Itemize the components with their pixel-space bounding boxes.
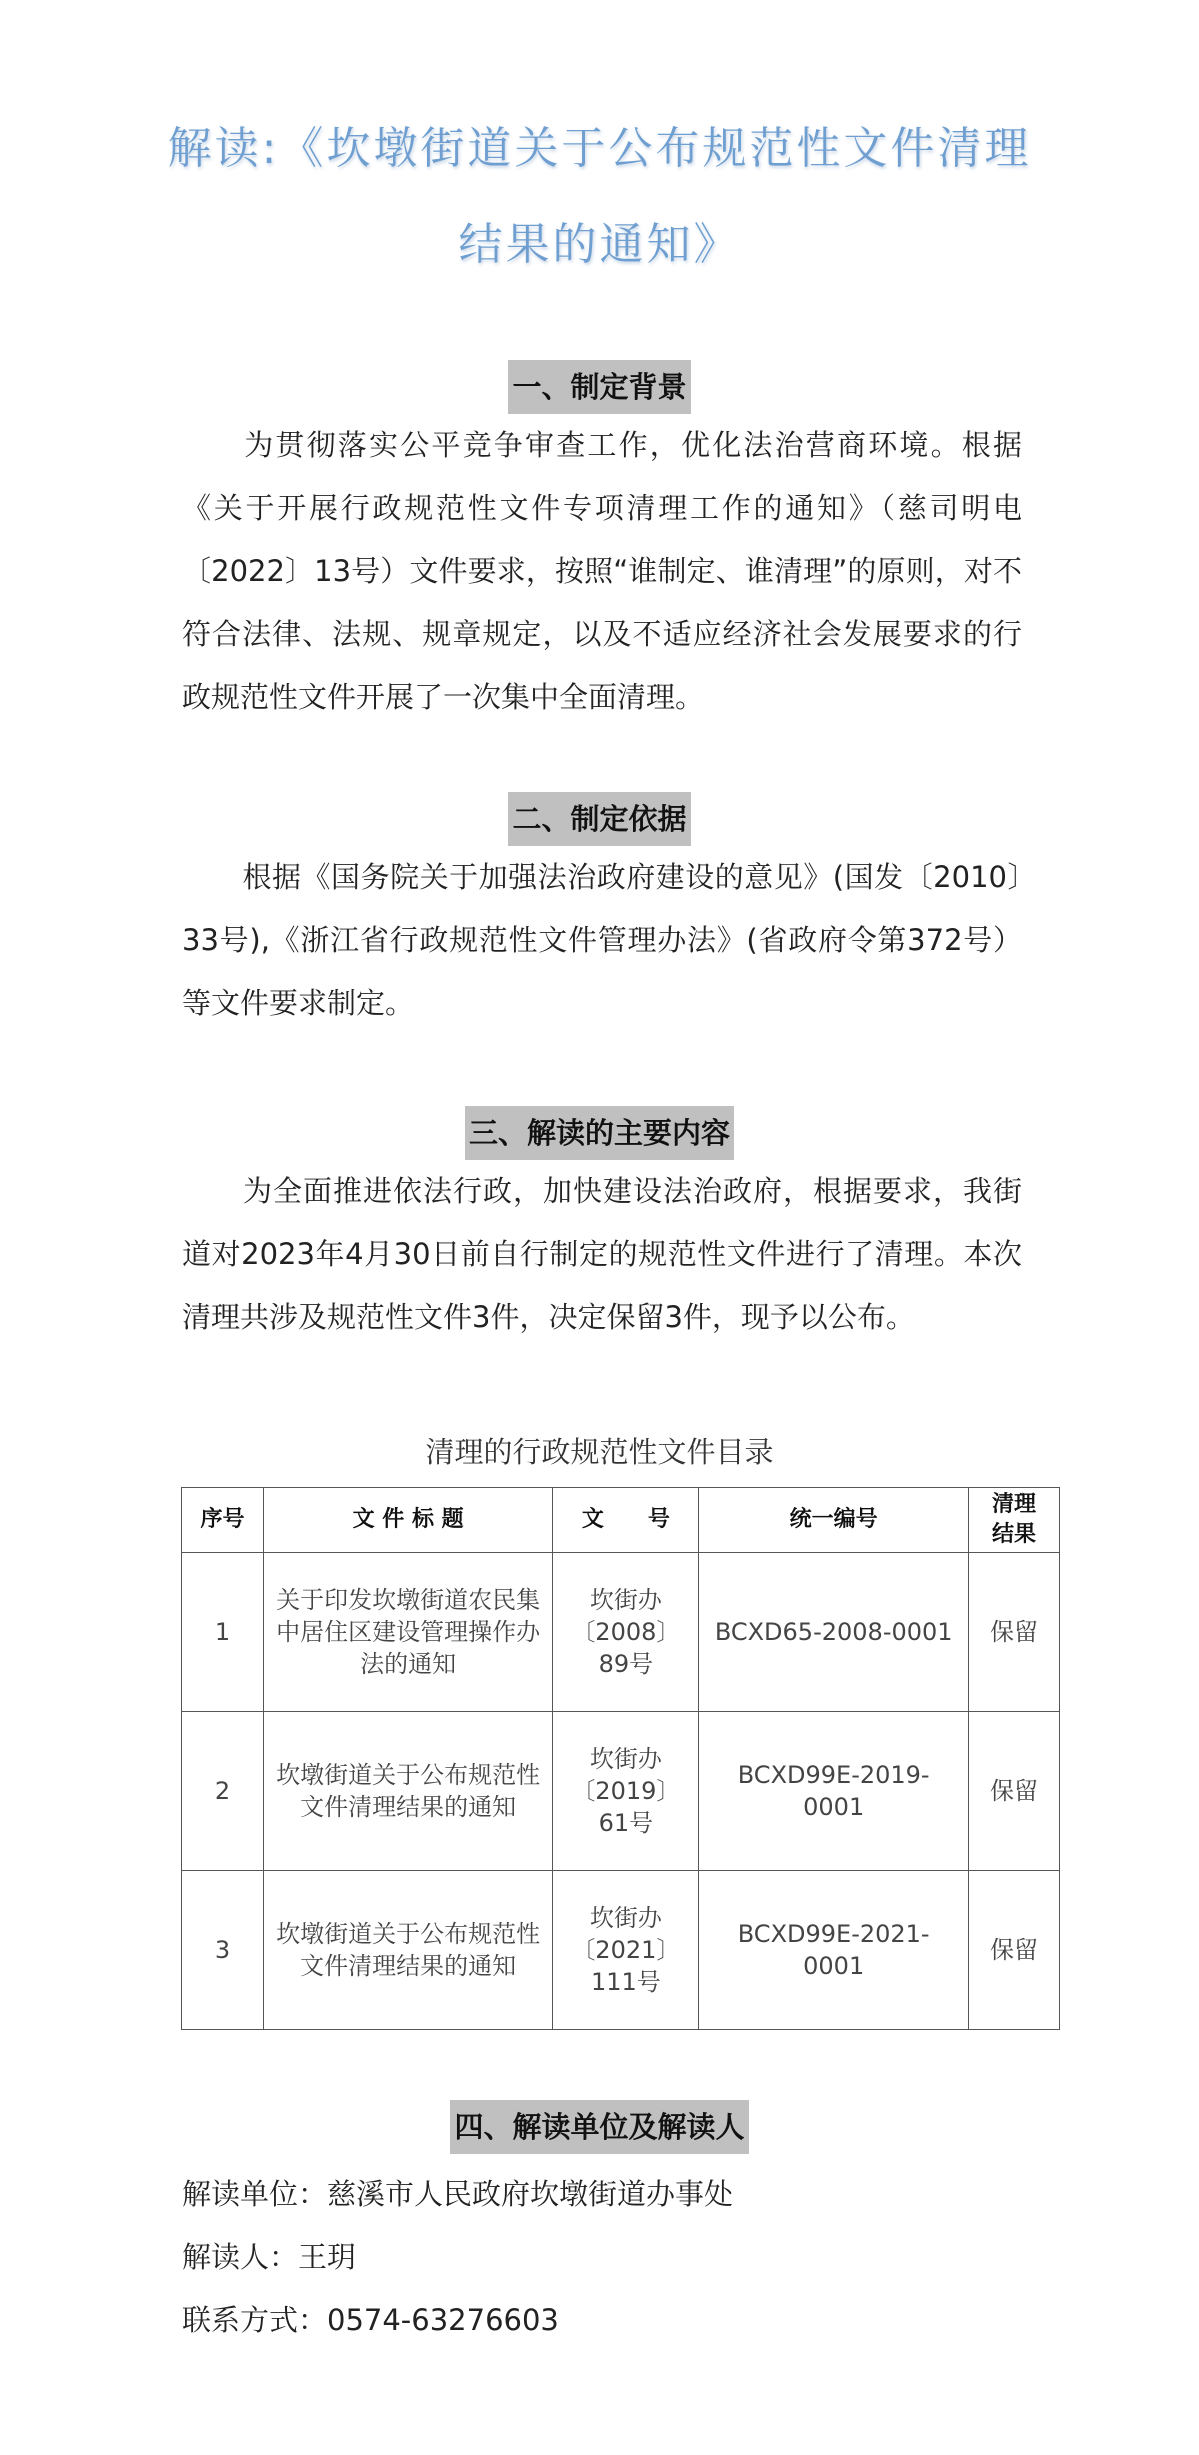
section-3-heading-wrap: 三、解读的主要内容 (0, 1106, 1199, 1160)
section-4-heading-wrap: 四、解读单位及解读人 (0, 2100, 1199, 2154)
interpretation-unit: 解读单位：慈溪市人民政府坎墩街道办事处 (182, 2172, 733, 2213)
cell-code: BCXD65-2008-0001 (699, 1553, 969, 1712)
section-2-text: 根据《国务院关于加强法治政府建设的意见》(国发〔2010〕33号),《浙江省行政… (182, 860, 1022, 1020)
cell-result: 保留 (969, 1871, 1060, 2030)
cell-doc-no: 坎街办〔2021〕111号 (553, 1871, 699, 2030)
section-1-text: 为贯彻落实公平竞争审查工作，优化法治营商环境。根据《关于开展行政规范性文件专项清… (182, 428, 1022, 714)
section-4-heading: 四、解读单位及解读人 (450, 2100, 748, 2154)
header-result: 清理结果 (969, 1488, 1060, 1553)
table-header-row: 序号 文 件 标 题 文 号 统一编号 清理结果 (182, 1488, 1060, 1553)
cell-code: BCXD99E-2019-0001 (699, 1712, 969, 1871)
table-row: 3 坎墩街道关于公布规范性文件清理结果的通知 坎街办〔2021〕111号 BCX… (182, 1871, 1060, 2030)
cell-index: 1 (182, 1553, 264, 1712)
section-2-heading: 二、制定依据 (508, 792, 690, 846)
section-3-paragraph: 为全面推进依法行政，加快建设法治政府，根据要求，我街道对2023年4月30日前自… (182, 1160, 1022, 1349)
table-caption: 清理的行政规范性文件目录 (0, 1430, 1199, 1471)
cell-index: 2 (182, 1712, 264, 1871)
header-code: 统一编号 (699, 1488, 969, 1553)
cell-result: 保留 (969, 1553, 1060, 1712)
section-1-heading: 一、制定背景 (508, 360, 690, 414)
cell-doc-no: 坎街办〔2008〕89号 (553, 1553, 699, 1712)
section-2-heading-wrap: 二、制定依据 (0, 792, 1199, 846)
contact-phone: 联系方式：0574-63276603 (182, 2298, 559, 2339)
section-2-paragraph: 根据《国务院关于加强法治政府建设的意见》(国发〔2010〕33号),《浙江省行政… (182, 846, 1022, 1035)
section-1-heading-wrap: 一、制定背景 (0, 360, 1199, 414)
cell-title: 坎墩街道关于公布规范性文件清理结果的通知 (263, 1871, 552, 2030)
section-3-heading: 三、解读的主要内容 (465, 1106, 734, 1160)
interpreter-name: 解读人：王玥 (182, 2235, 356, 2276)
section-3-text: 为全面推进依法行政，加快建设法治政府，根据要求，我街道对2023年4月30日前自… (182, 1174, 1022, 1334)
section-1-paragraph: 为贯彻落实公平竞争审查工作，优化法治营商环境。根据《关于开展行政规范性文件专项清… (182, 414, 1022, 729)
cell-result: 保留 (969, 1712, 1060, 1871)
cleanup-table: 序号 文 件 标 题 文 号 统一编号 清理结果 1 关于印发坎墩街道农民集中居… (181, 1487, 1060, 2030)
document-title-line2: 结果的通知》 (0, 208, 1199, 272)
cell-index: 3 (182, 1871, 264, 2030)
header-index: 序号 (182, 1488, 264, 1553)
table-row: 2 坎墩街道关于公布规范性文件清理结果的通知 坎街办〔2019〕61号 BCXD… (182, 1712, 1060, 1871)
table-row: 1 关于印发坎墩街道农民集中居住区建设管理操作办法的通知 坎街办〔2008〕89… (182, 1553, 1060, 1712)
cell-title: 关于印发坎墩街道农民集中居住区建设管理操作办法的通知 (263, 1553, 552, 1712)
cell-title: 坎墩街道关于公布规范性文件清理结果的通知 (263, 1712, 552, 1871)
cell-code: BCXD99E-2021-0001 (699, 1871, 969, 2030)
cell-doc-no: 坎街办〔2019〕61号 (553, 1712, 699, 1871)
header-title: 文 件 标 题 (263, 1488, 552, 1553)
header-doc-no: 文 号 (553, 1488, 699, 1553)
document-title-line1: 解读:《坎墩街道关于公布规范性文件清理 (0, 112, 1199, 176)
